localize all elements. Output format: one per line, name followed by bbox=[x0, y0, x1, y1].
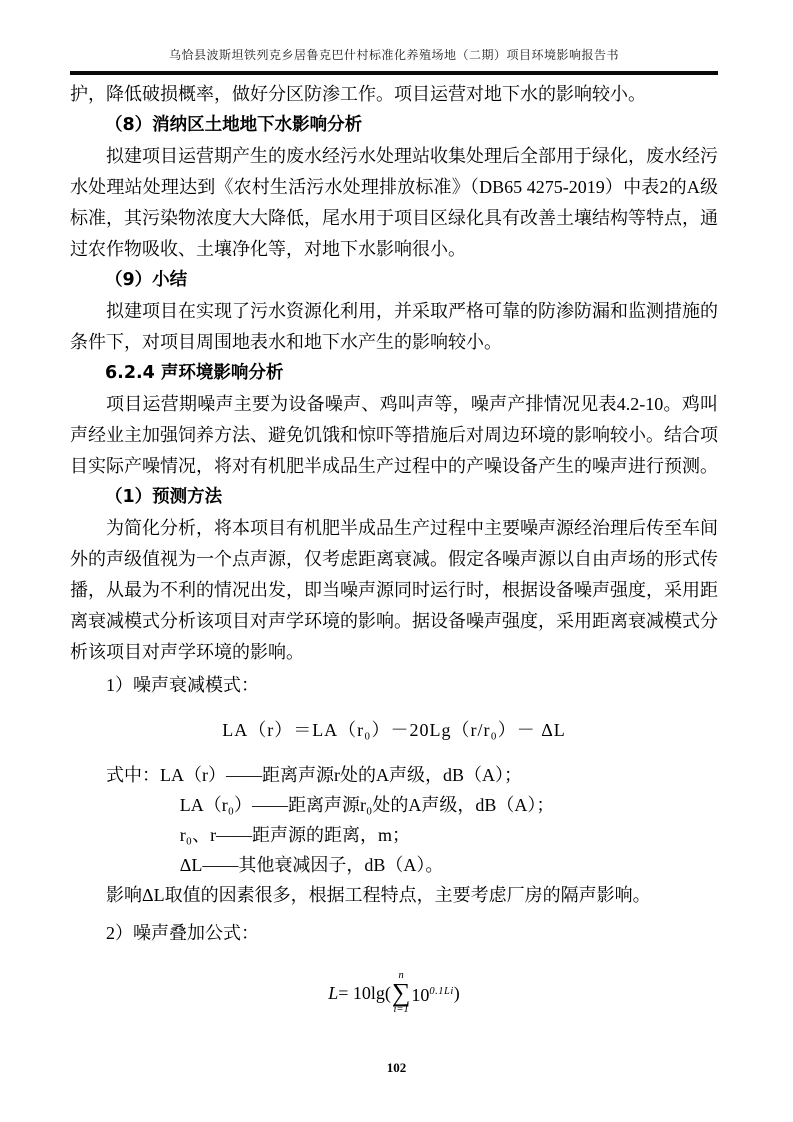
header-title: 乌恰县波斯坦铁列克乡居鲁克巴什村标准化养殖场地（二期）项目环境影响报告书 bbox=[70, 46, 718, 63]
formula-noise-superposition: L = 10lg(n∑i=1100.1Li) bbox=[70, 966, 718, 1020]
summation-lower-limit: i=1 bbox=[394, 1004, 409, 1016]
formula-equals-10lg: = 10lg( bbox=[338, 978, 391, 1009]
definition-item: LA（r₀）——距离声源r₀处的A声级，dB（A）； bbox=[70, 790, 718, 820]
paragraph-continuation: 护，降低破损概率，做好分区防渗工作。项目运营对地下水的影响较小。 bbox=[70, 79, 718, 110]
item-attenuation-label: 1）噪声衰减模式： bbox=[70, 670, 718, 701]
section-heading-9: （9）小结 bbox=[70, 265, 718, 296]
page-header: 乌恰县波斯坦铁列克乡居鲁克巴什村标准化养殖场地（二期）项目环境影响报告书 bbox=[70, 46, 718, 75]
formula-noise-attenuation: LA（r）＝LA（r₀）－20Lg（r/r₀）－ ΔL bbox=[70, 715, 718, 746]
summation-stack: n∑i=1 bbox=[392, 970, 411, 1015]
paragraph-method: 为简化分析，将本项目有机肥半成品生产过程中主要噪声源经治理后传至车间外的声级值视… bbox=[70, 513, 718, 668]
definition-where-line: 式中：LA（r）——距离声源r处的A声级，dB（A）； bbox=[70, 760, 718, 790]
power-exponent: 0.1Li bbox=[429, 986, 453, 997]
formula-variable-L: L bbox=[328, 978, 338, 1009]
paragraph-8: 拟建项目运营期产生的废水经污水处理站收集处理后全部用于绿化，废水经污水处理站处理… bbox=[70, 141, 718, 265]
item-superposition-label: 2）噪声叠加公式： bbox=[70, 918, 718, 949]
power-base: 10 bbox=[411, 985, 429, 1005]
section-heading-prediction-method: （1）预测方法 bbox=[70, 482, 718, 513]
definition-item: r₀、r——距声源的距离，m； bbox=[70, 820, 718, 850]
section-heading-8: （8）消纳区土地地下水影响分析 bbox=[70, 110, 718, 141]
paragraph-delta-note: 影响ΔL取值的因素很多，根据工程特点，主要考虑厂房的隔声影响。 bbox=[70, 880, 718, 911]
definition-item: ΔL——其他衰减因子，dB（A）。 bbox=[70, 850, 718, 880]
formula-power-term: 100.1Li bbox=[411, 976, 453, 1011]
header-rule bbox=[70, 71, 718, 75]
section-heading-6-2-4: 6.2.4 声环境影响分析 bbox=[70, 358, 718, 389]
formula-definitions: 式中：LA（r）——距离声源r处的A声级，dB（A）； LA（r₀）——距离声源… bbox=[70, 760, 718, 880]
document-body: 护，降低破损概率，做好分区防渗工作。项目运营对地下水的影响较小。 （8）消纳区土… bbox=[70, 79, 718, 1020]
document-page: 乌恰县波斯坦铁列克乡居鲁克巴什村标准化养殖场地（二期）项目环境影响报告书 护，降… bbox=[0, 0, 793, 1122]
paragraph-9: 拟建项目在实现了污水资源化利用，并采取严格可靠的防渗防漏和监测措施的条件下，对项… bbox=[70, 296, 718, 358]
sigma-symbol: ∑ bbox=[392, 982, 411, 1004]
formula-close-paren: ) bbox=[454, 978, 460, 1009]
page-number: 102 bbox=[0, 1060, 793, 1076]
paragraph-noise-intro: 项目运营期噪声主要为设备噪声、鸡叫声等，噪声产排情况见表4.2-10。鸡叫声经业… bbox=[70, 389, 718, 482]
